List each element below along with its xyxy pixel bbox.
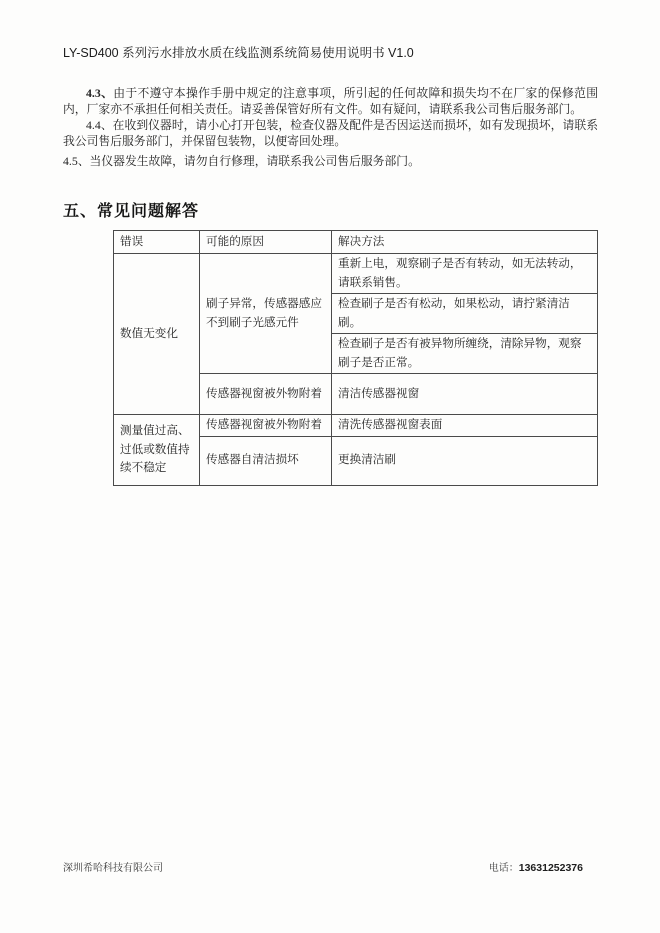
solution-cell-repower: 重新上电，观察刷子是否有转动，如无法转动，请联系销售。 bbox=[332, 254, 598, 294]
cause-cell-brush-abnormal: 刷子异常，传感器感应不到刷子光感元件 bbox=[200, 254, 332, 374]
solution-cell-check-entangled: 检查刷子是否有被异物所缠绕，清除异物，观察刷子是否正常。 bbox=[332, 334, 598, 374]
paragraph-4-4-text: 在收到仪器时，请小心打开包装，检查仪器及配件是否因运送而损坏，如有发现损坏，请联… bbox=[63, 118, 598, 148]
footer-company: 深圳希哈科技有限公司 bbox=[63, 862, 163, 876]
cause-cell-selfclean-broken: 传感器自清洁损坏 bbox=[200, 436, 332, 485]
page-title: LY-SD400 系列污水排放水质在线监测系统简易使用说明书 V1.0 bbox=[63, 45, 598, 61]
notice-paragraphs: 4.3、由于不遵守本操作手册中规定的注意事项，所引起的任何故障和损失均不在厂家的… bbox=[63, 85, 598, 169]
table-header-cause: 可能的原因 bbox=[200, 231, 332, 254]
cause-cell-window-attached-1: 传感器视窗被外物附着 bbox=[200, 374, 332, 415]
paragraph-4-5: 4.5、当仪器发生故障，请勿自行修理，请联系我公司售后服务部门。 bbox=[63, 153, 598, 169]
paragraph-4-5-number: 4.5、 bbox=[63, 154, 90, 168]
solution-cell-clean-window: 清洁传感器视窗 bbox=[332, 374, 598, 415]
document-page: LY-SD400 系列污水排放水质在线监测系统简易使用说明书 V1.0 4.3、… bbox=[0, 0, 660, 933]
solution-cell-wash-window-surface: 清洗传感器视窗表面 bbox=[332, 415, 598, 437]
paragraph-4-3: 4.3、由于不遵守本操作手册中规定的注意事项，所引起的任何故障和损失均不在厂家的… bbox=[63, 85, 598, 117]
paragraph-4-4-number: 4.4、 bbox=[86, 118, 113, 132]
footer-phone: 电话：13631252376 bbox=[489, 861, 583, 876]
paragraph-4-3-text: 由于不遵守本操作手册中规定的注意事项，所引起的任何故障和损失均不在厂家的保修范围… bbox=[63, 86, 598, 116]
solution-cell-replace-brush: 更换清洁刷 bbox=[332, 436, 598, 485]
page-footer: 深圳希哈科技有限公司 电话：13631252376 bbox=[63, 861, 583, 876]
paragraph-4-3-number: 4.3、 bbox=[86, 86, 113, 100]
paragraph-4-4: 4.4、在收到仪器时，请小心打开包装，检查仪器及配件是否因运送而损坏，如有发现损… bbox=[63, 117, 598, 149]
footer-phone-label: 电话： bbox=[489, 863, 519, 874]
page-content: LY-SD400 系列污水排放水质在线监测系统简易使用说明书 V1.0 4.3、… bbox=[0, 0, 660, 486]
faq-table-wrapper: 错误 可能的原因 解决方法 数值无变化 刷子异常，传感器感应不到刷子光感元件 重… bbox=[113, 230, 598, 486]
paragraph-4-5-text: 当仪器发生故障，请勿自行修理，请联系我公司售后服务部门。 bbox=[90, 154, 420, 168]
table-header-error: 错误 bbox=[114, 231, 200, 254]
faq-table: 错误 可能的原因 解决方法 数值无变化 刷子异常，传感器感应不到刷子光感元件 重… bbox=[113, 230, 598, 486]
footer-phone-number: 13631252376 bbox=[519, 862, 583, 874]
cause-cell-window-attached-2: 传感器视窗被外物附着 bbox=[200, 415, 332, 437]
table-header-row: 错误 可能的原因 解决方法 bbox=[114, 231, 598, 254]
table-row: 测量值过高、过低或数值持续不稳定 传感器视窗被外物附着 清洗传感器视窗表面 bbox=[114, 415, 598, 437]
solution-cell-check-loose: 检查刷子是否有松动，如果松动，请拧紧清洁刷。 bbox=[332, 294, 598, 334]
table-row: 数值无变化 刷子异常，传感器感应不到刷子光感元件 重新上电，观察刷子是否有转动，… bbox=[114, 254, 598, 294]
section-heading-faq: 五、常见问题解答 bbox=[63, 203, 598, 221]
error-cell-no-change: 数值无变化 bbox=[114, 254, 200, 415]
error-cell-value-unstable: 测量值过高、过低或数值持续不稳定 bbox=[114, 415, 200, 486]
table-header-solution: 解决方法 bbox=[332, 231, 598, 254]
